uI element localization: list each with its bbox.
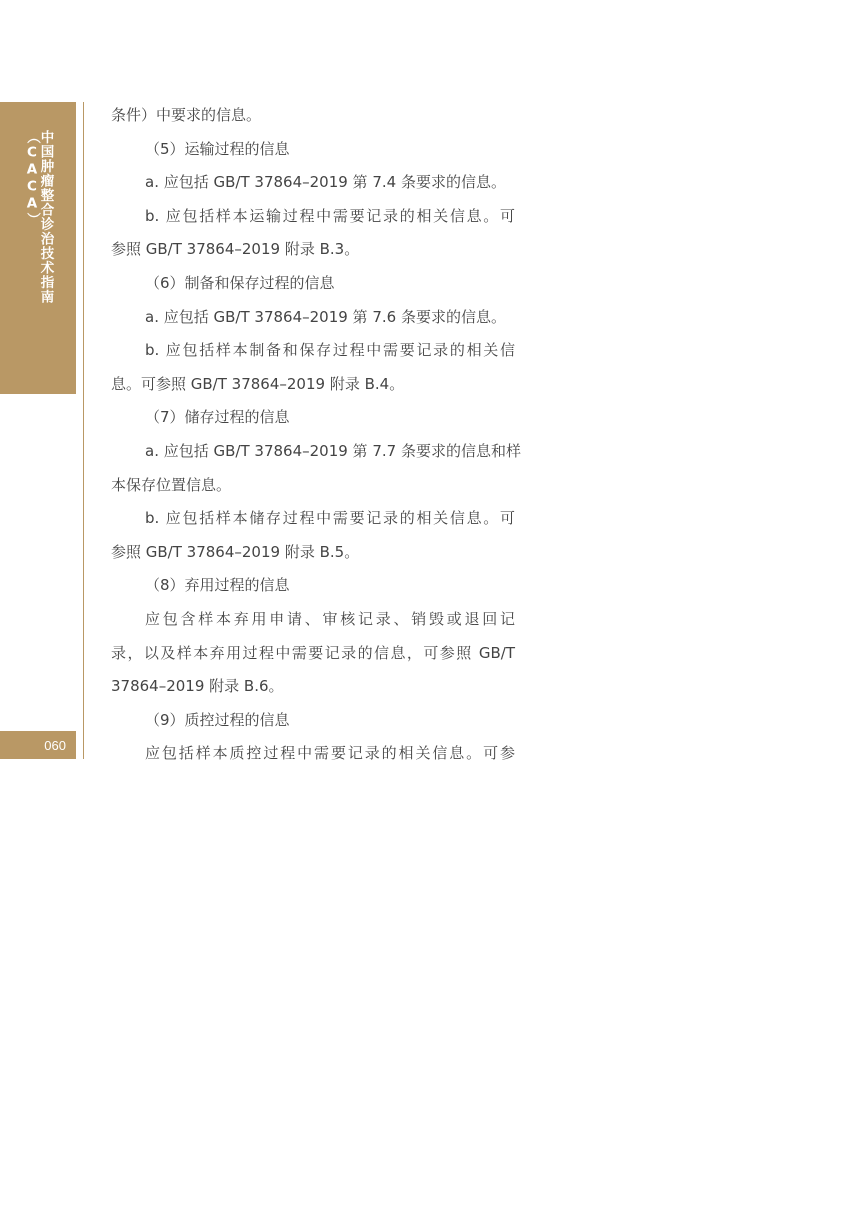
section-heading: （9）质控过程的信息 (111, 704, 515, 738)
text-line: 参照 GB/T 37864–2019 附录 B.3。 (111, 233, 515, 267)
section-heading: （8）弃用过程的信息 (111, 569, 515, 603)
text-line: 本保存位置信息。 (111, 469, 515, 503)
text-line: 参照 GB/T 37864–2019 附录 B.5。 (111, 536, 515, 570)
book-title: 中国肿瘤整合诊治技术指南（CACA） (25, 130, 52, 394)
text-line: b. 应包括样本运输过程中需要记录的相关信息。可 (111, 200, 515, 234)
text-line: 应包括样本质控过程中需要记录的相关信息。可参 (111, 737, 515, 771)
text-line: b. 应包括样本制备和保存过程中需要记录的相关信 (111, 334, 515, 368)
text-line: a. 应包括 GB/T 37864–2019 第 7.4 条要求的信息。 (111, 166, 515, 200)
text-line: 条件）中要求的信息。 (111, 99, 515, 133)
text-line: a. 应包括 GB/T 37864–2019 第 7.7 条要求的信息和样 (111, 435, 515, 469)
page-number: 060 (0, 731, 76, 759)
section-heading: （6）制备和保存过程的信息 (111, 267, 515, 301)
text-line: b. 应包括样本储存过程中需要记录的相关信息。可 (111, 502, 515, 536)
margin-rule (83, 102, 84, 759)
text-line: 录，以及样本弃用过程中需要记录的信息，可参照 GB/T (111, 637, 515, 671)
body-text: 条件）中要求的信息。 （5）运输过程的信息 a. 应包括 GB/T 37864–… (111, 99, 515, 771)
section-heading: （5）运输过程的信息 (111, 133, 515, 167)
text-line: 37864–2019 附录 B.6。 (111, 670, 515, 704)
text-line: 息。可参照 GB/T 37864–2019 附录 B.4。 (111, 368, 515, 402)
text-line: 应包含样本弃用申请、审核记录、销毁或退回记 (111, 603, 515, 637)
section-heading: （7）储存过程的信息 (111, 401, 515, 435)
sidebar-title-band: 中国肿瘤整合诊治技术指南（CACA） (0, 102, 76, 394)
text-line: a. 应包括 GB/T 37864–2019 第 7.6 条要求的信息。 (111, 301, 515, 335)
